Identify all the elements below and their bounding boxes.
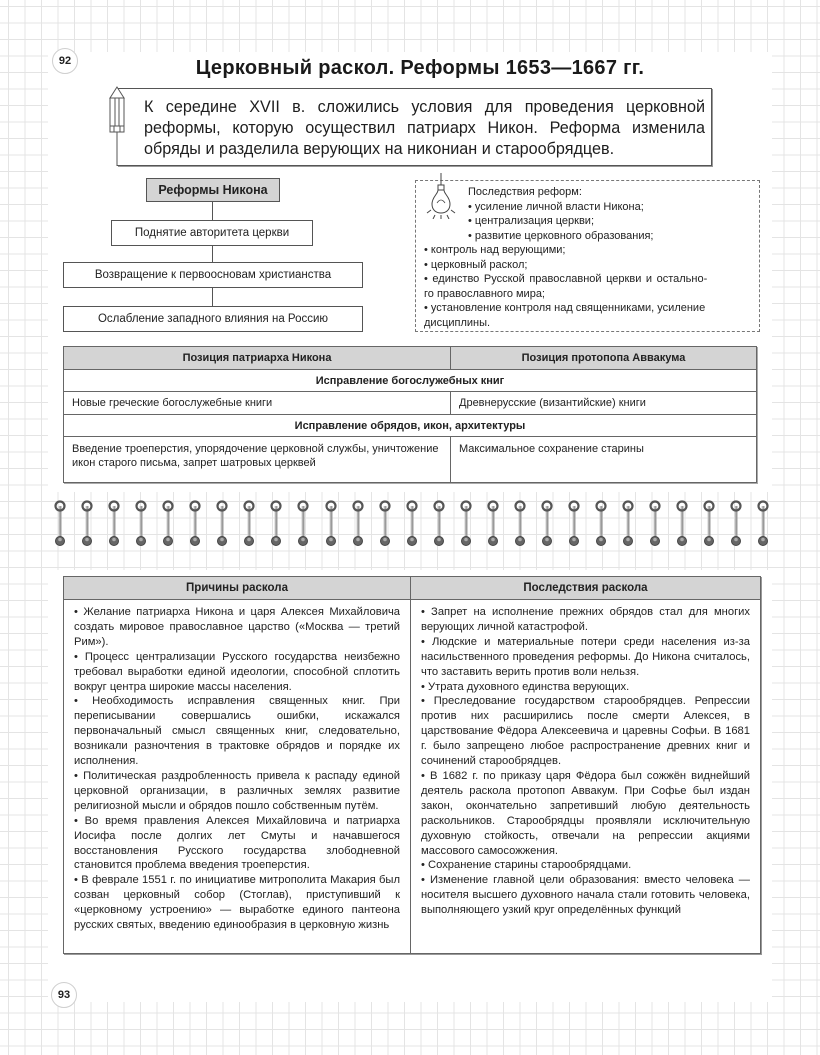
cause-item: • Во время правления Алексея Михайловича… <box>74 814 400 874</box>
ring-binder-icon <box>243 500 255 548</box>
ring-binder-icon <box>541 500 553 548</box>
cause-item: • Процесс централизации Русского государ… <box>74 650 400 695</box>
ring-binder-icon <box>189 500 201 548</box>
effect-item: • Изменение главной цели образования: вм… <box>421 873 750 918</box>
header-nikon: Позиция патриарха Никона <box>64 347 451 370</box>
causes-column: Причины раскола • Желание патриарха Нико… <box>64 577 411 953</box>
reform-item: Поднятие авторитета церкви <box>111 220 313 246</box>
cause-item: • В феврале 1551 г. по инициативе митроп… <box>74 873 400 933</box>
header-avvakum: Позиция протопопа Аввакума <box>451 347 757 370</box>
ring-binder-icon <box>216 500 228 548</box>
consequence-item: • развитие церковного образования; <box>468 229 654 244</box>
ring-binder-icon <box>595 500 607 548</box>
ring-binder-icon <box>162 500 174 548</box>
ring-binder-icon <box>352 500 364 548</box>
ring-binder-icon <box>379 500 391 548</box>
cause-item: • Политическая раздробленность привела к… <box>74 769 400 814</box>
effect-item: • В 1682 г. по приказу царя Фёдора был с… <box>421 769 750 858</box>
schism-table: Причины раскола • Желание патриарха Нико… <box>63 576 761 954</box>
consequence-item: • единство Русской православной церкви и… <box>424 272 707 287</box>
causes-header: Причины раскола <box>64 577 410 600</box>
reform-item: Возвращение к первоосновам христианства <box>63 262 363 288</box>
ring-binder <box>52 500 772 550</box>
consequence-item: дисциплины. <box>424 316 490 331</box>
ring-binder-icon <box>514 500 526 548</box>
lightbulb-icon <box>424 173 458 219</box>
consequence-item: • усиление личной власти Никона; <box>468 200 644 215</box>
section-title: Исправление обрядов, икон, архитектуры <box>64 415 757 437</box>
effects-column: Последствия раскола • Запрет на исполнен… <box>411 577 760 953</box>
ring-binder-icon <box>757 500 769 548</box>
ring-binder-icon <box>730 500 742 548</box>
ring-binder-icon <box>622 500 634 548</box>
connector-line <box>212 198 213 318</box>
ring-binder-icon <box>325 500 337 548</box>
effects-header: Последствия раскола <box>411 577 760 600</box>
page-title: Церковный раскол. Реформы 1653—1667 гг. <box>120 57 720 80</box>
cause-item: • Необходимость исправления священных кн… <box>74 694 400 769</box>
ring-binder-icon <box>433 500 445 548</box>
ring-binder-icon <box>703 500 715 548</box>
intro-text: К середине XVII в. сложились условия для… <box>144 97 705 160</box>
ring-binder-icon <box>406 500 418 548</box>
effect-item: • Сохранение старины старообрядцами. <box>421 858 750 873</box>
ring-binder-icon <box>54 500 66 548</box>
cause-item: • Желание патриарха Никона и царя Алексе… <box>74 605 400 650</box>
section-title: Исправление богослужебных книг <box>64 370 757 392</box>
effect-item: • Утрата духовного единства верующих. <box>421 680 750 695</box>
reforms-heading: Реформы Никона <box>146 178 280 202</box>
ring-binder-icon <box>568 500 580 548</box>
consequence-item: • контроль над верующими; <box>424 243 565 258</box>
ring-binder-icon <box>676 500 688 548</box>
ring-binder-icon <box>270 500 282 548</box>
consequence-item: • установление контроля над священниками… <box>424 301 705 316</box>
consequence-item: го православного мира; <box>424 287 545 302</box>
ring-binder-icon <box>649 500 661 548</box>
ring-binder-icon <box>81 500 93 548</box>
causes-list: • Желание патриарха Никона и царя Алексе… <box>64 600 410 933</box>
page-number-top: 92 <box>52 48 78 74</box>
reform-item: Ослабление западного влияния на Россию <box>63 306 363 332</box>
avvakum-position: Максимальное сохранение старины <box>451 437 757 483</box>
effect-item: • Преследование государством старообрядц… <box>421 694 750 769</box>
effect-item: • Запрет на исполнение прежних обрядов с… <box>421 605 750 635</box>
avvakum-position: Древнерусские (византийские) книги <box>451 392 757 415</box>
ring-binder-icon <box>297 500 309 548</box>
ring-binder-icon <box>460 500 472 548</box>
ring-binder-icon <box>487 500 499 548</box>
consequence-item: • централизация церкви; <box>468 214 594 229</box>
pencil-icon <box>106 86 128 166</box>
consequence-item: • церковный раскол; <box>424 258 527 273</box>
consequences-title: Последствия реформ: <box>468 185 582 200</box>
effect-item: • Людские и материальные потери среди на… <box>421 635 750 680</box>
nikon-position: Новые греческие богослужебные книги <box>64 392 451 415</box>
ring-binder-icon <box>108 500 120 548</box>
page-number-bottom: 93 <box>51 982 77 1008</box>
intro-box: К середине XVII в. сложились условия для… <box>117 88 712 166</box>
nikon-position: Введение троеперстия, упорядочение церко… <box>64 437 451 483</box>
positions-table: Позиция патриарха Никона Позиция протопо… <box>63 346 757 483</box>
ring-binder-icon <box>135 500 147 548</box>
reform-consequences-box: Последствия реформ: • усиление личной вл… <box>415 180 760 332</box>
effects-list: • Запрет на исполнение прежних обрядов с… <box>411 600 760 918</box>
